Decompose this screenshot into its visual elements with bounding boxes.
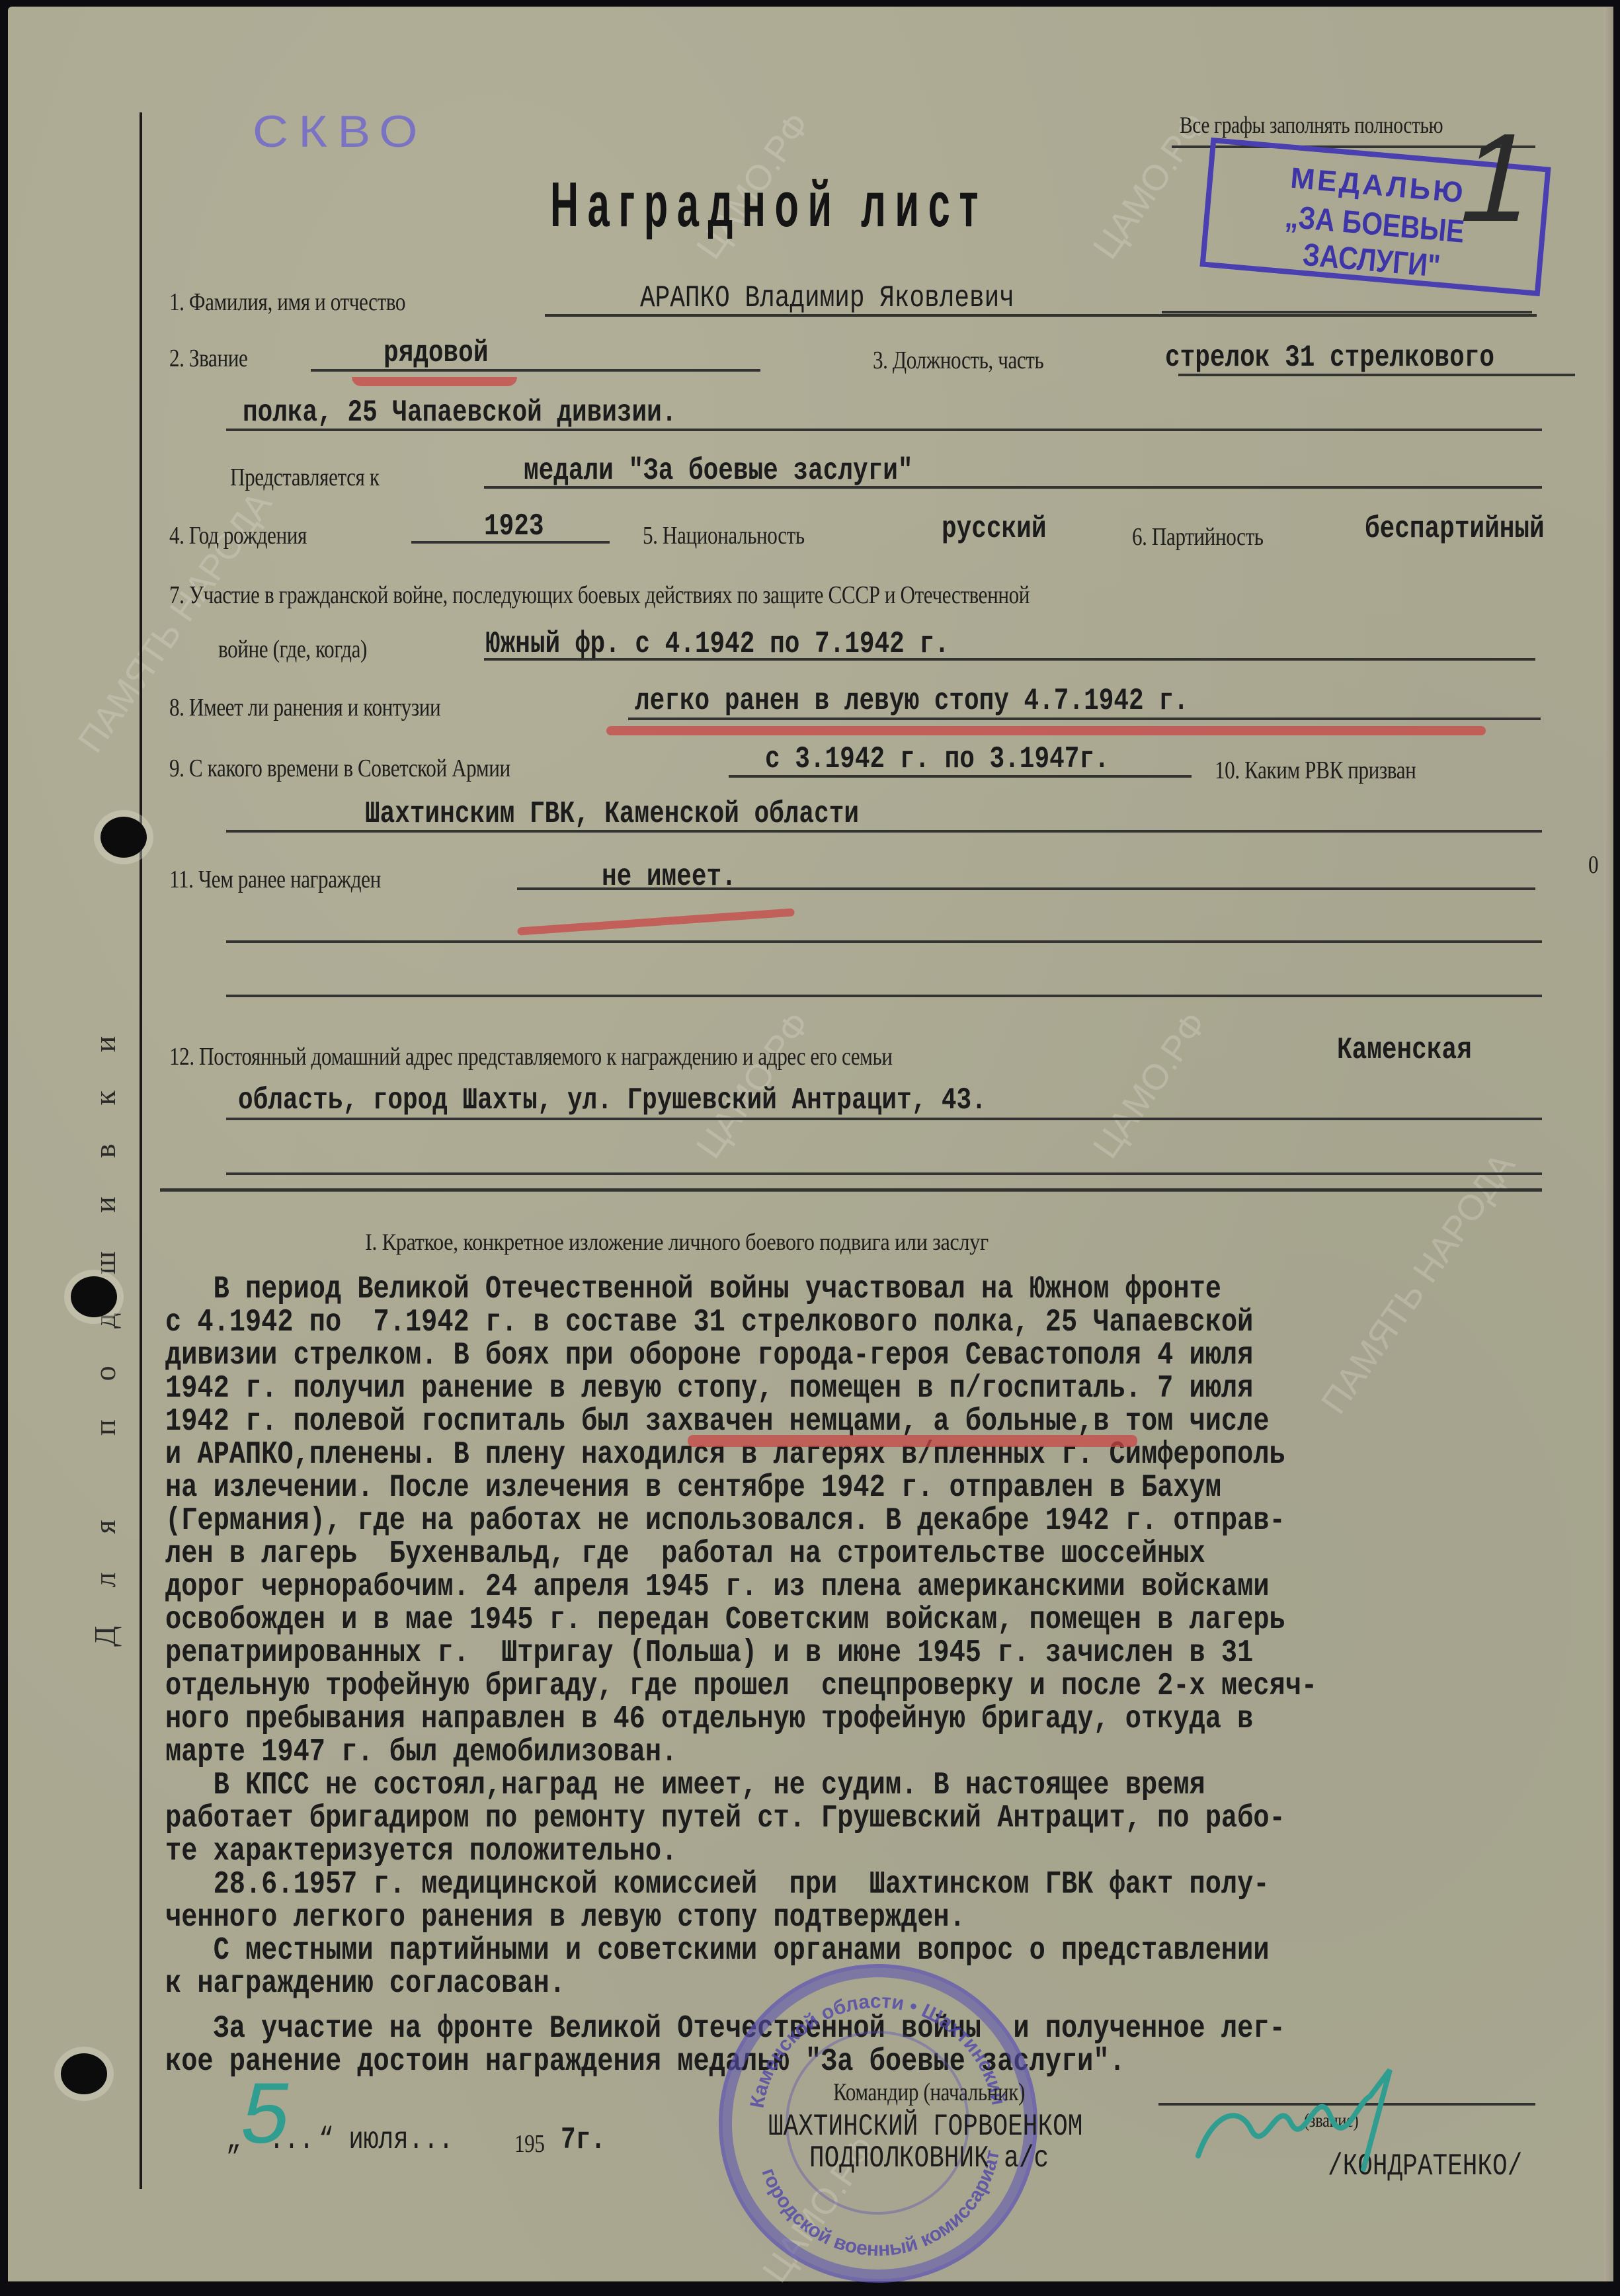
presented-value: медали "За боевые заслуги" [524, 454, 913, 488]
text-line: на излечении. После излечения в сентябре… [165, 1471, 1387, 1504]
merit-description: В период Великой Отечественной войны уча… [165, 1273, 1387, 2078]
watermark: ЦАМО.РФ [1085, 1004, 1215, 1166]
text-line: работает бригадиром по ремонту путей ст.… [165, 1802, 1387, 1835]
presented-label: Представляется к [230, 463, 380, 492]
binding-margin-line [140, 1184, 142, 2189]
date-month: “ июля... [319, 2123, 454, 2157]
text-line: В КПСС не состоял,наград не имеет, не су… [165, 1769, 1387, 1802]
field-6-value: беспартийный [1365, 512, 1545, 546]
rule-line [484, 658, 1535, 661]
date-year-suffix: 7г. [561, 2123, 606, 2157]
text-line: дивизии стрелком. В боях при обороне гор… [165, 1339, 1387, 1372]
rule-line [226, 995, 1542, 997]
rule-line [226, 1172, 1542, 1175]
rule-line [729, 775, 1192, 778]
field-3-value: стрелок 31 стрелкового [1165, 341, 1494, 375]
award-sheet-page: ЦАМО.РФ ЦАМО.РФ ЦАМО.РФ ЦАМО.РФ ПАМЯТЬ Н… [8, 7, 1613, 2281]
text-line: С местными партийными и советскими орган… [165, 1934, 1387, 1967]
text-line: ного пребывания направлен в 46 отдельную… [165, 1703, 1387, 1736]
field-10-value: Шахтинским ГВК, Каменской области [365, 797, 859, 831]
field-5-value: русский [942, 512, 1046, 546]
red-pencil-mark [352, 377, 517, 386]
commander-label: Командир (начальник) [833, 2078, 1025, 2107]
text-line: 28.6.1957 г. медицинской комиссией при Ш… [165, 1868, 1387, 1901]
rule-line [1178, 374, 1575, 376]
field-11-label: 11. Чем ранее награжден [169, 865, 381, 894]
handwritten-signature [1192, 2057, 1469, 2176]
fill-instruction: Все графы заполнять полностью [1180, 111, 1443, 139]
field-3-value-cont: полка, 25 Чапаевской дивизии. [243, 395, 676, 430]
text-line: 1942 г. полевой госпиталь был захвачен н… [165, 1405, 1387, 1438]
text-line: освобожден и в мае 1945 г. передан Совет… [165, 1604, 1387, 1637]
field-4-label: 4. Год рождения [169, 521, 307, 550]
binding-label: Для подшивки [87, 998, 122, 1647]
field-2-label: 2. Звание [169, 344, 247, 373]
rule-line [226, 940, 1542, 943]
field-8-label: 8. Имеет ли ранения и контузии [169, 693, 440, 722]
field-6-label: 6. Партийность [1132, 522, 1264, 552]
rule-line [545, 314, 1537, 317]
text-line: репатриированных г. Штригау (Польша) и в… [165, 1637, 1387, 1670]
commissariat-name: ШАХТИНСКИЙ ГОРВОЕНКОМ [768, 2110, 1082, 2144]
field-12-label: 12. Постоянный домашний адрес представля… [169, 1042, 893, 1071]
field-9-value: с 3.1942 г. по 3.1947г. [765, 742, 1110, 776]
field-1-value: АРАПКО Владимир Яковлевич [640, 281, 1014, 315]
text-line: с 4.1942 по 7.1942 г. в составе 31 стрел… [165, 1306, 1387, 1339]
red-pencil-underline [606, 726, 1486, 735]
text-line: 1942 г. получил ранение в левую стопу, п… [165, 1372, 1387, 1405]
field-7-label-cont: войне (где, когда) [218, 635, 367, 664]
text-line: В период Великой Отечественной войны уча… [165, 1273, 1387, 1306]
text-line: (Германия), где на работах не использова… [165, 1504, 1387, 1537]
text-line: дорог чернорабочим. 24 апреля 1945 г. из… [165, 1571, 1387, 1604]
district-stamp: СКВО [253, 106, 428, 157]
field-4-value: 1923 [484, 509, 544, 544]
field-10-label: 10. Каким РВК призван [1215, 756, 1416, 785]
text-line: отдельную трофейную бригаду, где прошел … [165, 1670, 1387, 1703]
field-5-label: 5. Национальность [643, 521, 805, 550]
punch-hole [101, 817, 147, 858]
field-8-value: легко ранен в левую стопу 4.7.1942 г. [635, 684, 1189, 718]
rule-line [226, 1118, 1542, 1120]
signer-rank: ПОДПОЛКОВНИК а/с [809, 2141, 1049, 2176]
binding-margin-line [140, 112, 142, 1184]
rule-line [484, 486, 1542, 489]
text-line: те характеризуется положительно. [165, 1835, 1387, 1868]
rule-line [226, 429, 1542, 431]
date-year-prefix: 195 [514, 2129, 545, 2158]
rule-line [226, 830, 1542, 833]
field-12-value-cont: область, город Шахты, ул. Грушевский Ант… [238, 1083, 987, 1118]
red-pencil-underline [688, 1435, 1137, 1447]
field-9-label: 9. С какого времени в Советской Армии [169, 754, 510, 783]
red-pencil-mark [517, 908, 795, 935]
text-line: лен в лагерь Бухенвальд, где работал на … [165, 1537, 1387, 1571]
section-heading: I. Краткое, конкретное изложение личного… [365, 1228, 989, 1256]
punch-hole [61, 2053, 107, 2094]
field-12-value: Каменская [1337, 1033, 1472, 1067]
text-line: ченного легкого ранения в левую стопу по… [165, 1901, 1387, 1934]
field-7-value: Южный фр. с 4.1942 по 7.1942 г. [485, 627, 950, 661]
field-3-label: 3. Должность, часть [873, 346, 1043, 375]
rule-line [1162, 311, 1532, 313]
rule-line [628, 717, 1541, 720]
document-title: Наградной лист [550, 169, 987, 241]
rule-line [411, 541, 610, 544]
field-1-label: 1. Фамилия, имя и отчество [169, 288, 405, 317]
field-2-value: рядовой [384, 336, 488, 370]
date-dots: ... [269, 2123, 314, 2157]
text-line: марте 1947 г. был демобилизован. [165, 1736, 1387, 1769]
margin-mark: 0 [1588, 850, 1598, 880]
rule-line [311, 369, 760, 372]
section-divider [160, 1188, 1542, 1192]
rule-line [517, 887, 1535, 890]
punch-hole [71, 1276, 117, 1317]
field-7-label: 7. Участие в гражданской войне, последую… [169, 581, 1030, 610]
